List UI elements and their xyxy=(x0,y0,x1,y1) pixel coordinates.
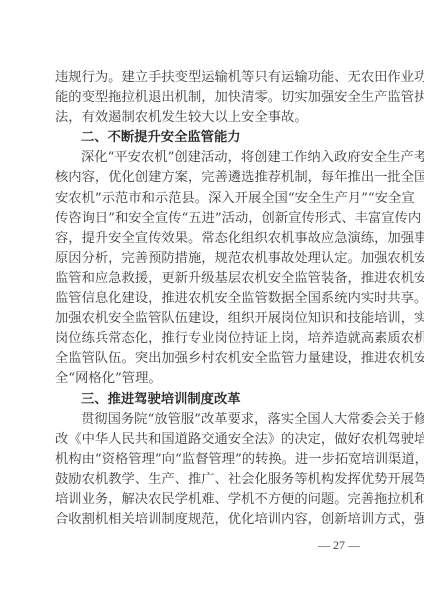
section-heading: 二、不断提升安全监管能力 xyxy=(55,128,370,148)
text-line: 机构由“资格管理”向“监督管理”的转换。进一步拓宽培训渠道， xyxy=(55,450,370,470)
text-line: 法，有效遏制农机发生较大以上安全事故。 xyxy=(55,108,370,128)
text-line: 原因分析，完善预防措施，规范农机事故处理认定。加强农机安全 xyxy=(55,249,370,269)
text-line: 全“网格化”管理。 xyxy=(55,369,370,389)
text-line: 违规行为。建立手扶变型运输机等只有运输功能、无农田作业功 xyxy=(55,68,370,88)
text-line: 合收割机相关培训制度规范，优化培训内容，创新培训方式，强化 xyxy=(55,510,370,530)
text-line: 核内容，优化创建方案，完善遴选推荐机制，每年推出一批全国“平 xyxy=(55,168,370,188)
text-line: 改《中华人民共和国道路交通安全法》的决定，做好农机驾驶培训 xyxy=(55,430,370,450)
text-line: 全监管队伍。突出加强乡村农机安全监管力量建设，推进农机安 xyxy=(55,349,370,369)
section-heading: 三、推进驾驶培训制度改革 xyxy=(55,390,370,410)
text-line: 深化“平安农机”创建活动，将创建工作纳入政府安全生产考 xyxy=(55,148,370,168)
text-line: 传咨询日”和安全宣传“五进”活动，创新宣传形式、丰富宣传内 xyxy=(55,209,370,229)
text-line: 监管信息化建设，推进农机安全监管数据全国系统内实时共享。 xyxy=(55,289,370,309)
text-line: 监管和应急救援，更新升级基层农机安全监管装备，推进农机安全 xyxy=(55,269,370,289)
text-line: 容，提升安全宣传效果。常态化组织农机事故应急演练，加强事故 xyxy=(55,229,370,249)
text-line: 鼓励农机教学、生产、推广、社会化服务等机构发挥优势开展驾驶 xyxy=(55,470,370,490)
text-line: 加强农机安全监管队伍建设，组织开展岗位知识和技能培训，实现 xyxy=(55,309,370,329)
page-number: — 27 — xyxy=(318,538,360,553)
text-line: 岗位练兵常态化，推行专业岗位持证上岗，培养造就高素质农机安 xyxy=(55,329,370,349)
text-line: 培训业务，解决农民学机难、学机不方便的问题。完善拖拉机和联 xyxy=(55,490,370,510)
document-body: 违规行为。建立手扶变型运输机等只有运输功能、无农田作业功 能的变型拖拉机退出机制… xyxy=(55,68,370,530)
text-line: 安农机”示范市和示范县。深入开展全国“安全生产月”“安全宣 xyxy=(55,189,370,209)
text-line: 贯彻国务院“放管服”改革要求，落实全国人大常委会关于修 xyxy=(55,410,370,430)
text-line: 能的变型拖拉机退出机制，加快清零。切实加强安全生产监管执 xyxy=(55,88,370,108)
